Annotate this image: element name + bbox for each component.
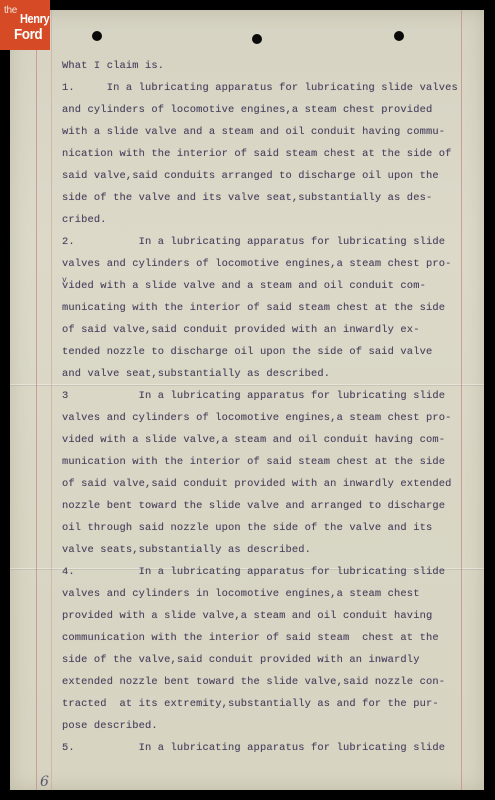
logo-ford: Ford	[14, 26, 42, 43]
typed-line: munication with the interior of said ste…	[62, 456, 445, 468]
logo-henry: Henry	[20, 11, 49, 26]
typed-line: extended nozzle bent toward the slide va…	[62, 676, 445, 688]
typed-line: nozzle bent toward the slide valve and a…	[62, 500, 445, 512]
typed-line: of said valve,said conduit provided with…	[62, 478, 452, 490]
left-margin-line	[36, 10, 37, 790]
typed-line: vided with a slide valve,a steam and oil…	[62, 434, 445, 446]
handwritten-page-number: 6	[40, 774, 49, 790]
typed-line: valves and cylinders in locomotive engin…	[62, 588, 420, 600]
typed-line: valves and cylinders of locomotive engin…	[62, 258, 452, 270]
typed-line: tracted at its extremity,substantially a…	[62, 698, 439, 710]
typed-line: 5. In a lubricating apparatus for lubric…	[62, 742, 445, 754]
inserted-correction-v: v	[62, 276, 67, 285]
typed-line: 1. In a lubricating apparatus for lubric…	[62, 82, 458, 94]
typed-line: side of the valve,said conduit provided …	[62, 654, 420, 666]
typed-line: valve seats,substantially as described.	[62, 544, 311, 556]
typed-line: tended nozzle to discharge oil upon the …	[62, 346, 432, 358]
typed-line: nication with the interior of said steam…	[62, 148, 452, 160]
typed-line: communication with the interior of said …	[62, 632, 439, 644]
right-margin-line	[461, 10, 462, 790]
punch-hole	[252, 34, 262, 44]
punch-hole	[394, 31, 404, 41]
typed-line: valves and cylinders of locomotive engin…	[62, 412, 452, 424]
typed-line: and cylinders of locomotive engines,a st…	[62, 104, 432, 116]
typed-line: cribed.	[62, 214, 107, 226]
typed-line: and valve seat,substantially as describe…	[62, 368, 330, 380]
typed-line: vided with a slide valve and a steam and…	[62, 280, 426, 292]
logo-the: the	[4, 5, 17, 16]
typed-line: of said valve,said conduit provided with…	[62, 324, 420, 336]
henry-ford-logo: the Henry Ford	[0, 0, 50, 50]
typed-line: side of the valve and its valve seat,sub…	[62, 192, 432, 204]
typed-line: oil through said nozzle upon the side of…	[62, 522, 432, 534]
typed-line: pose described.	[62, 720, 158, 732]
left-margin-line-inner	[51, 10, 52, 790]
typed-line: said valve,said conduits arranged to dis…	[62, 170, 439, 182]
typed-line: What I claim is.	[62, 60, 164, 72]
typed-line: municating with the interior of said ste…	[62, 302, 445, 314]
paper-fold-line	[10, 384, 484, 385]
typed-line: 3 In a lubricating apparatus for lubrica…	[62, 390, 445, 402]
punch-hole	[92, 31, 102, 41]
typed-line: 4. In a lubricating apparatus for lubric…	[62, 566, 445, 578]
typed-line: 2. In a lubricating apparatus for lubric…	[62, 236, 445, 248]
typed-line: with a slide valve and a steam and oil c…	[62, 126, 445, 138]
typed-line: provided with a slide valve,a steam and …	[62, 610, 432, 622]
